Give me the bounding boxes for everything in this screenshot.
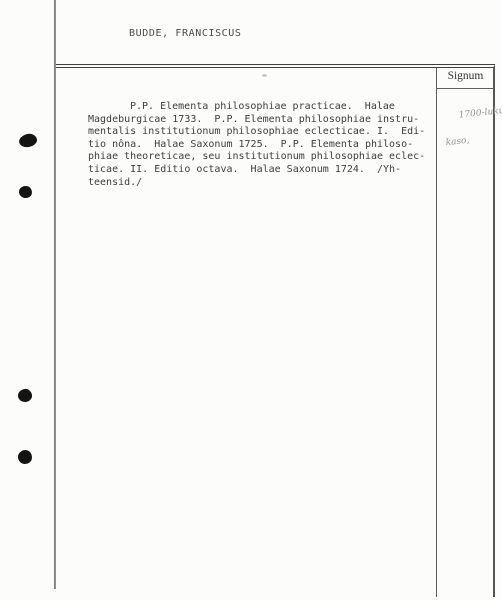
catalog-card-scan: BUDDE, FRANCISCUS Signum 1700-luku, kaso… — [0, 0, 502, 600]
entry-line: P.P. Elementa philosophiae practicae. Ha… — [88, 101, 440, 114]
punch-dot — [18, 185, 33, 199]
author-heading: BUDDE, FRANCISCUS — [129, 28, 242, 39]
entry-line: mentalis institutionum philosophiae ecle… — [88, 126, 440, 139]
entry-line: teensid./ — [88, 177, 440, 190]
entry-line: tio nôna. Halae Saxonum 1725. P.P. Eleme… — [88, 139, 440, 152]
entry-line: Magdeburgicae 1733. P.P. Elementa philos… — [88, 114, 440, 127]
bibliographic-entry: P.P. Elementa philosophiae practicae. Ha… — [88, 101, 440, 189]
signum-note-line: kaso, — [438, 132, 495, 151]
punch-dot — [18, 450, 33, 465]
handwritten-signum-note: 1700-luku, kaso, — [434, 93, 498, 176]
signum-column-header: Signum — [437, 68, 494, 89]
entry-line: phiae theoreticae, seu institutionum phi… — [88, 151, 440, 164]
signum-note-line: 1700-luku, — [458, 106, 502, 121]
punch-dot — [18, 132, 38, 148]
punch-dot — [17, 388, 32, 402]
catalog-card-frame: Signum 1700-luku, kaso, P.P. Elementa ph… — [56, 64, 495, 597]
entry-line: ticae. II. Editio octava. Halae Saxonum … — [88, 164, 440, 177]
signum-column: Signum 1700-luku, kaso, — [436, 68, 494, 597]
